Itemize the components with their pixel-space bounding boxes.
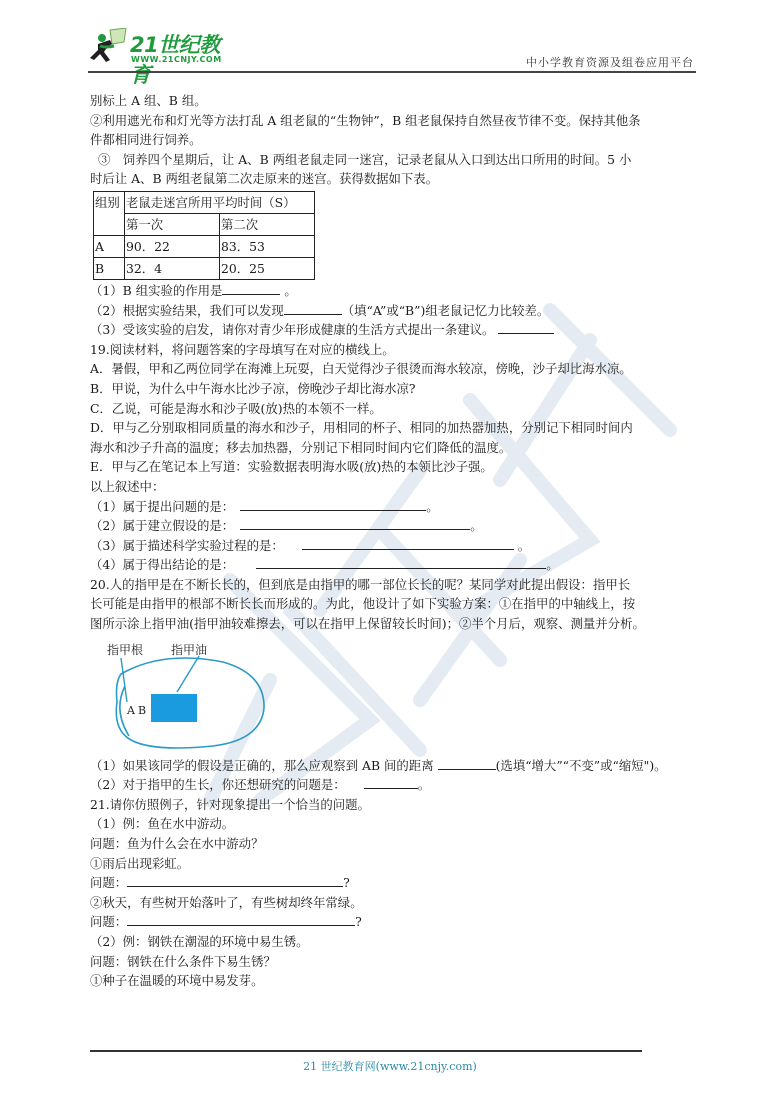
q19-sub4: （4）属于得出结论的是：。 [90,555,700,575]
table-cell-second: 83．53 [220,235,315,257]
answer-blank[interactable] [498,320,554,334]
q18-sub3: （3）受该实验的启发，请你对青少年形成健康的生活方式提出一条建议。 [90,320,700,340]
q19-sub3: （3）属于描述科学实验过程的是：。 [90,536,700,556]
label-point-b: B [138,704,146,717]
site-logo[interactable]: 21世纪教育 WWW.21CNJY.COM [88,26,238,70]
q21-item3: ①种子在温暖的环境中易发芽。 [90,971,700,991]
document-page: 21世纪教育 WWW.21CNJY.COM 中小学教育资源及组卷应用平台 别标上… [0,0,780,1103]
q19-option-e: E．甲与乙在笔记本上写道：实验数据表明海水吸(放)热的本领比沙子强。 [90,457,700,477]
page-header: 21世纪教育 WWW.21CNJY.COM 中小学教育资源及组卷应用平台 [88,26,696,72]
answer-blank[interactable] [222,281,280,295]
answer-blank[interactable] [438,756,496,770]
table-cell-first: 32．4 [125,257,220,279]
q18-line: 别标上 A 组、B 组。 [90,91,700,111]
runner-icon [88,28,130,68]
table-header-group: 组别 [94,191,125,235]
table-cell-group: B [94,257,125,279]
platform-tagline: 中小学教育资源及组卷应用平台 [526,54,694,70]
table-subheader-first: 第一次 [125,213,220,235]
q20-stem-cont: 长可能是由指甲的根部不断长长而形成的。为此，他设计了如下实验方案：①在指甲的中轴… [90,594,700,614]
table-subheader-second: 第二次 [220,213,315,235]
table-row: A 90．22 83．53 [94,235,315,257]
q20-stem-cont: 图所示涂上指甲油(指甲油较难擦去，可以在指甲上保留较长时间)；②半个月后，观察、… [90,614,700,634]
logo-url: WWW.21CNJY.COM [131,55,222,64]
table-row: B 32．4 20．25 [94,257,315,279]
q21-title: 21.请你仿照例子，针对现象提出一个恰当的问题。 [90,795,700,815]
answer-blank[interactable] [240,497,426,511]
fingernail-illustration: 指甲根 指甲油 A B [93,640,293,752]
header-divider [88,71,696,73]
q19-option-a: A．暑假，甲和乙两位同学在海滩上玩耍，白天觉得沙子很烫而海水较凉，傍晚，沙子却比… [90,359,700,379]
q18-step3-cont: 时后让 A、B 两组老鼠第二次走原来的迷宫。获得数据如下表。 [90,169,700,189]
q19-sub2: （2）属于建立假设的是：。 [90,516,700,536]
q21-example1: （1）例：鱼在水中游动。 [90,814,700,834]
document-body: 别标上 A 组、B 组。 ②利用遮光布和灯光等方法打乱 A 组老鼠的“生物钟”，… [90,91,700,991]
answer-blank[interactable] [302,536,514,550]
table-cell-first: 90．22 [125,235,220,257]
maze-time-table: 组别 老鼠走迷宫所用平均时间（S） 第一次 第二次 A 90．22 83．53 … [93,191,315,280]
q19-intro: 以上叙述中： [90,477,700,497]
q21-item2: ②秋天，有些树开始落叶了，有些树却终年常绿。 [90,893,700,913]
answer-blank[interactable] [364,775,418,789]
q19-option-d-cont: 海水和沙子升高的温度；移去加热器，分别记下相同时间内它们降低的温度。 [90,438,700,458]
q20-sub1: （1）如果该同学的假设是正确的，那么应观察到 AB 间的距离(选填“增大”“不变… [90,756,700,776]
answer-blank[interactable] [127,912,355,926]
q18-sub2: （2）根据实验结果，我们可以发现（填“A”或“B”)组老鼠记忆力比较差。 [90,301,700,321]
q20-stem: 20.人的指甲是在不断长长的，但到底是由指甲的哪一部位长长的呢？某同学对此提出假… [90,575,700,595]
table-cell-group: A [94,235,125,257]
q19-sub1: （1）属于提出问题的是：。 [90,497,700,517]
answer-blank[interactable] [284,301,342,315]
q18-step3: ③ 饲养四个星期后，让 A、B 两组老鼠走同一迷宫，记录老鼠从入口到达出口所用的… [90,150,700,170]
q19-option-b: B．甲说，为什么中午海水比沙子凉，傍晚沙子却比海水凉? [90,379,700,399]
q21-example2: （2）例：钢铁在潮湿的环境中易生锈。 [90,932,700,952]
q21-example1-question: 问题：鱼为什么会在水中游动？ [90,834,700,854]
label-point-a: A [126,704,136,717]
fingernail-diagram: 指甲根 指甲油 A B [93,640,293,752]
footer-divider [90,1050,642,1052]
table-cell-second: 20．25 [220,257,315,279]
answer-blank[interactable] [256,555,546,569]
q18-step2: ②利用遮光布和灯光等方法打乱 A 组老鼠的“生物钟”，B 组老鼠保持自然昼夜节律… [90,111,700,131]
q21-item1: ①雨后出现彩虹。 [90,854,700,874]
q19-option-d: D．甲与乙分别取相同质量的海水和沙子，用相同的杯子、相同的加热器加热，分别记下相… [90,418,700,438]
label-nail-root: 指甲根 [107,642,143,657]
q18-sub1: （1）B 组实验的作用是 。 [90,281,700,301]
q20-sub2: （2）对于指甲的生长，你还想研究的问题是：。 [90,775,700,795]
footer-link[interactable]: 21 世纪教育网(www.21cnjy.com) [0,1058,780,1074]
q21-item2-answer: 问题：? [90,912,700,932]
q19-option-c: C．乙说，可能是海水和沙子吸(放)热的本领不一样。 [90,399,700,419]
q19-title: 19.阅读材料，将问题答案的字母填写在对应的横线上。 [90,340,700,360]
label-nail-polish: 指甲油 [171,642,207,657]
answer-blank[interactable] [127,873,343,887]
table-header-time: 老鼠走迷宫所用平均时间（S） [125,191,315,213]
q18-step2-cont: 件都相同进行饲养。 [90,130,700,150]
q21-example2-question: 问题：钢铁在什么条件下易生锈？ [90,952,700,972]
answer-blank[interactable] [240,516,470,530]
q21-item1-answer: 问题：? [90,873,700,893]
